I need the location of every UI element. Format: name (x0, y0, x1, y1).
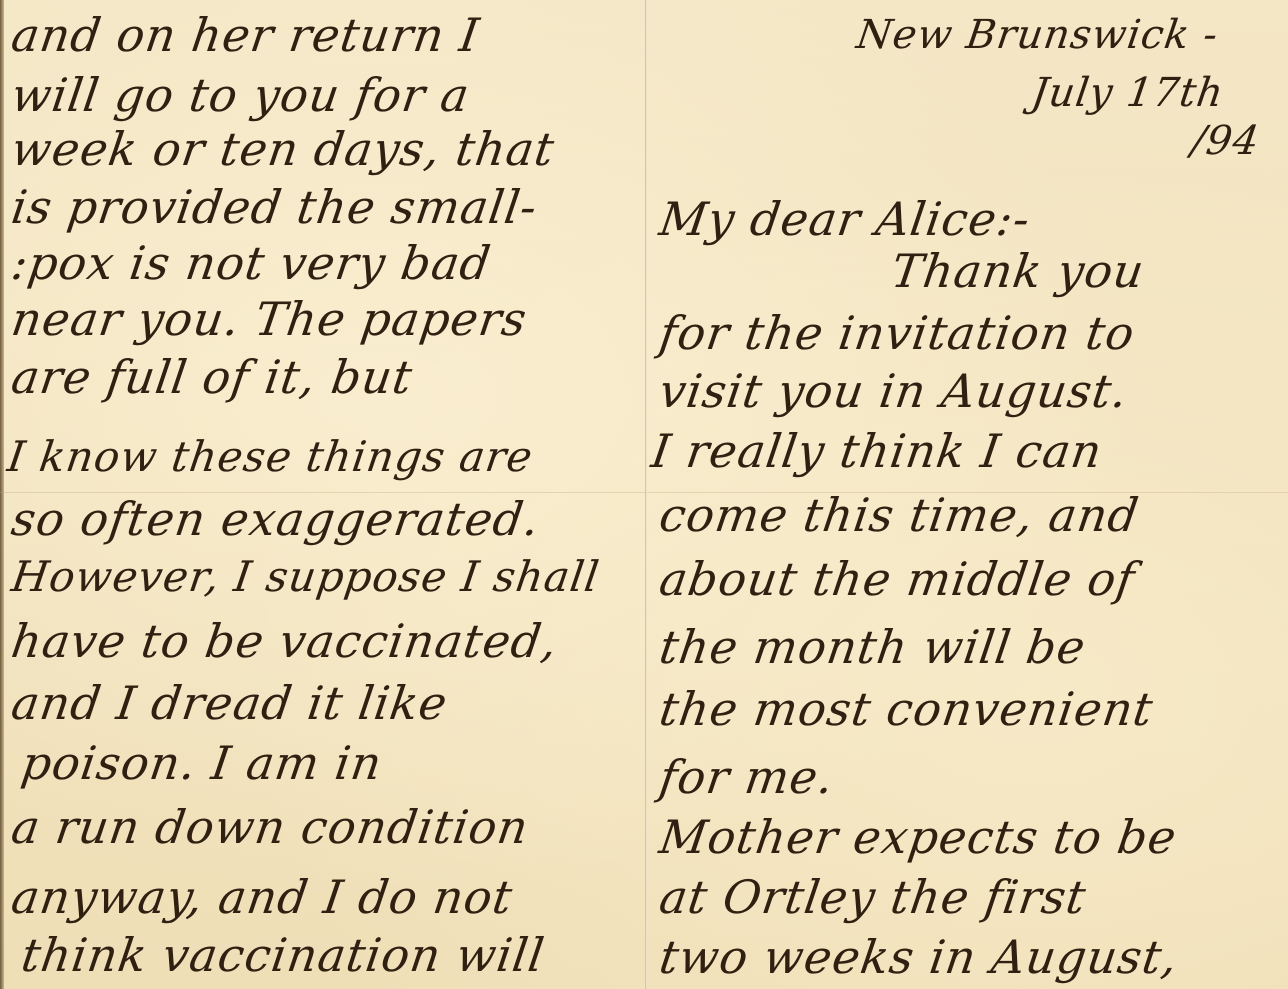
letter-line: However, I suppose I shall (9, 552, 603, 601)
letter-line: I know these things are (5, 432, 537, 481)
letter-line: for the invitation to (656, 306, 1138, 360)
letter-line: Thank you (888, 244, 1148, 298)
letter-line: :pox is not very bad (8, 236, 494, 290)
letter-line: two weeks in August, (656, 930, 1181, 984)
letter-line: Mother expects to be (656, 810, 1180, 864)
letter-line: I really think I can (648, 424, 1106, 478)
letter-line: at Ortley the first (656, 870, 1090, 924)
letter-line: and on her return I (8, 8, 483, 62)
letter-line: are full of it, but (8, 350, 416, 404)
letter-line: for me. (656, 750, 837, 804)
paper-edge (0, 0, 4, 989)
letter-place: New Brunswick - (854, 12, 1222, 58)
letter-line: a run down condition (8, 800, 532, 854)
salutation: My dear Alice:- (656, 192, 1034, 246)
vertical-fold-crease (645, 0, 647, 989)
letter-line: so often exaggerated. (8, 492, 543, 546)
letter-date: July 17th (1029, 70, 1227, 116)
right-page: New Brunswick - July 17th /94 My dear Al… (652, 0, 1282, 989)
letter-line: week or ten days, that (8, 122, 558, 176)
letter-line: anyway, and I do not (8, 870, 516, 924)
letter-line: will go to you for a (8, 68, 473, 122)
letter-line: is provided the small- (8, 180, 541, 234)
letter-scan: and on her return I will go to you for a… (0, 0, 1288, 989)
letter-line: come this time, and (656, 488, 1142, 542)
left-page: and on her return I will go to you for a… (8, 0, 638, 989)
letter-line: have to be vaccinated, (8, 614, 561, 668)
letter-line: near you. The papers (8, 292, 530, 346)
letter-line: visit you in August. (656, 364, 1131, 418)
letter-line: and I dread it like (8, 676, 451, 730)
letter-line: think vaccination will (18, 928, 548, 982)
letter-line: the month will be (656, 620, 1089, 674)
letter-year: /94 (1189, 118, 1263, 164)
letter-line: poison. I am in (18, 736, 385, 790)
letter-line: the most convenient (656, 682, 1157, 736)
letter-line: about the middle of (656, 552, 1138, 606)
